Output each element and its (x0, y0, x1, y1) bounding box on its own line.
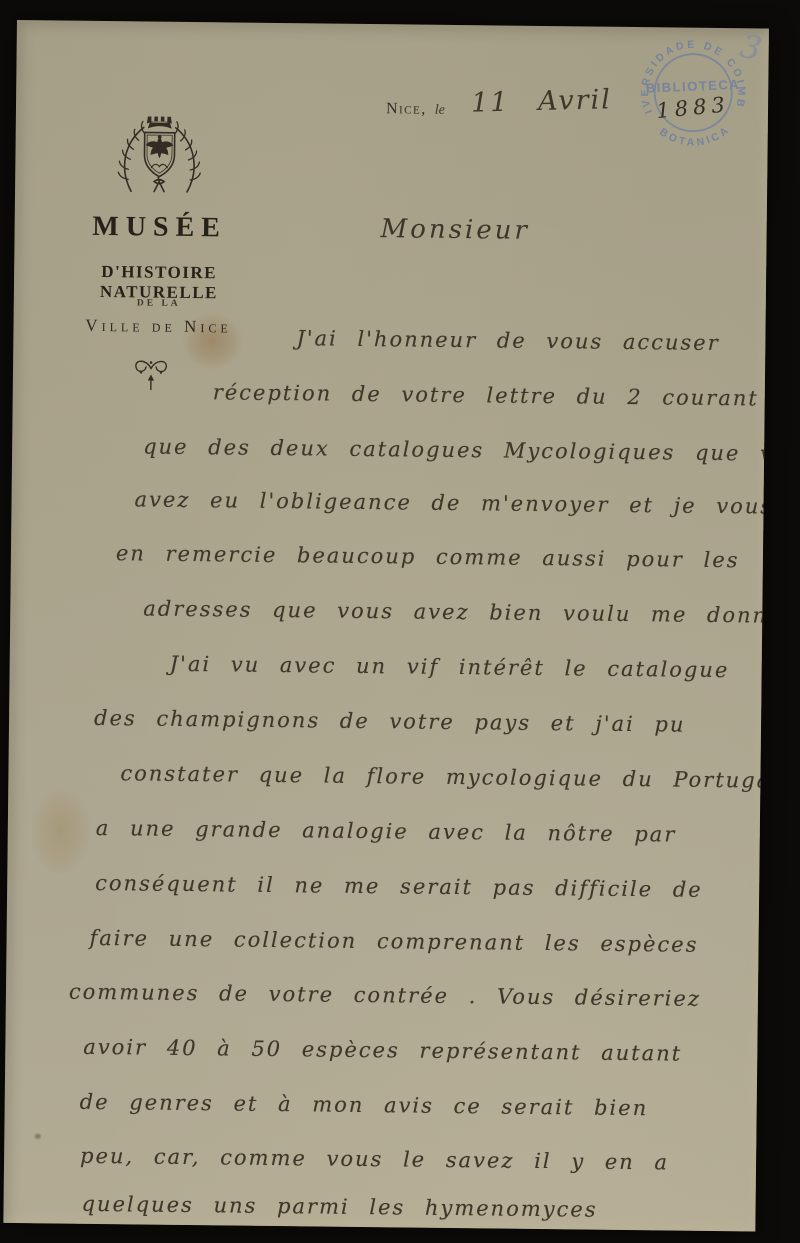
coimbra-library-stamp-icon: UNIVERSIDADE DE COIMBRA · BOTANICA · BIB… (627, 27, 758, 158)
letter-line: a une grande analogie avec la nôtre par (96, 816, 677, 847)
edge-stain (31, 788, 90, 875)
dateline-printed-le: le (435, 103, 445, 118)
letter-line: communes de votre contrée . Vous désirer… (69, 980, 701, 1011)
letterhead-of-the: DE LA (39, 297, 279, 310)
coat-of-arms-icon (113, 105, 206, 208)
stamp-year-handwritten: 1883 (655, 92, 730, 123)
letter-line: réception de votre lettre du 2 courant a… (213, 380, 769, 411)
small-speck (33, 1132, 42, 1140)
salutation: Monsieur (380, 214, 530, 246)
dateline-printed-city: Nice, (386, 100, 427, 117)
letterhead-title: MUSÉE (39, 210, 279, 245)
letter-line: des champignons de votre pays et j'ai pu (94, 706, 686, 737)
letter-line: J'ai l'honneur de vous accuser (296, 326, 720, 355)
letter-line: conséquent il ne me serait pas difficile… (95, 871, 703, 902)
letter-line: avoir 40 à 50 espèces représentant autan… (83, 1035, 682, 1066)
dateline-handwritten-date: 11 Avril (471, 84, 612, 118)
letter-line: peu, car, comme vous le savez il y en a (80, 1144, 669, 1175)
letterhead-city: Ville de Nice (38, 315, 278, 338)
photograph-backdrop: MUSÉE D'HISTOIRE NATURELLE DE LA Ville d… (0, 0, 800, 1243)
letter-line: adresses que vous avez bien voulu me don… (143, 596, 769, 627)
letter-line: quelques uns parmi les hymenomyces (81, 1192, 597, 1222)
letter-line: constater que la flore mycologique du Po… (120, 761, 769, 792)
letter-line: J'ai vu avec un vif intérêt le catalogue (170, 652, 730, 682)
letter-line: en remercie beaucoup comme aussi pour le… (116, 541, 740, 572)
letter-line: avez eu l'obligeance de m'envoyer et je … (134, 487, 769, 518)
letter-line: de genres et à mon avis ce serait bien (80, 1090, 649, 1120)
letter-line: faire une collection comprenant les espè… (89, 926, 698, 957)
fleuron-ornament-icon (127, 353, 175, 394)
letter-page: MUSÉE D'HISTOIRE NATURELLE DE LA Ville d… (3, 20, 769, 1231)
dateline: Nice, le (386, 100, 445, 119)
letter-line: que des deux catalogues Mycologiques que… (143, 434, 769, 466)
